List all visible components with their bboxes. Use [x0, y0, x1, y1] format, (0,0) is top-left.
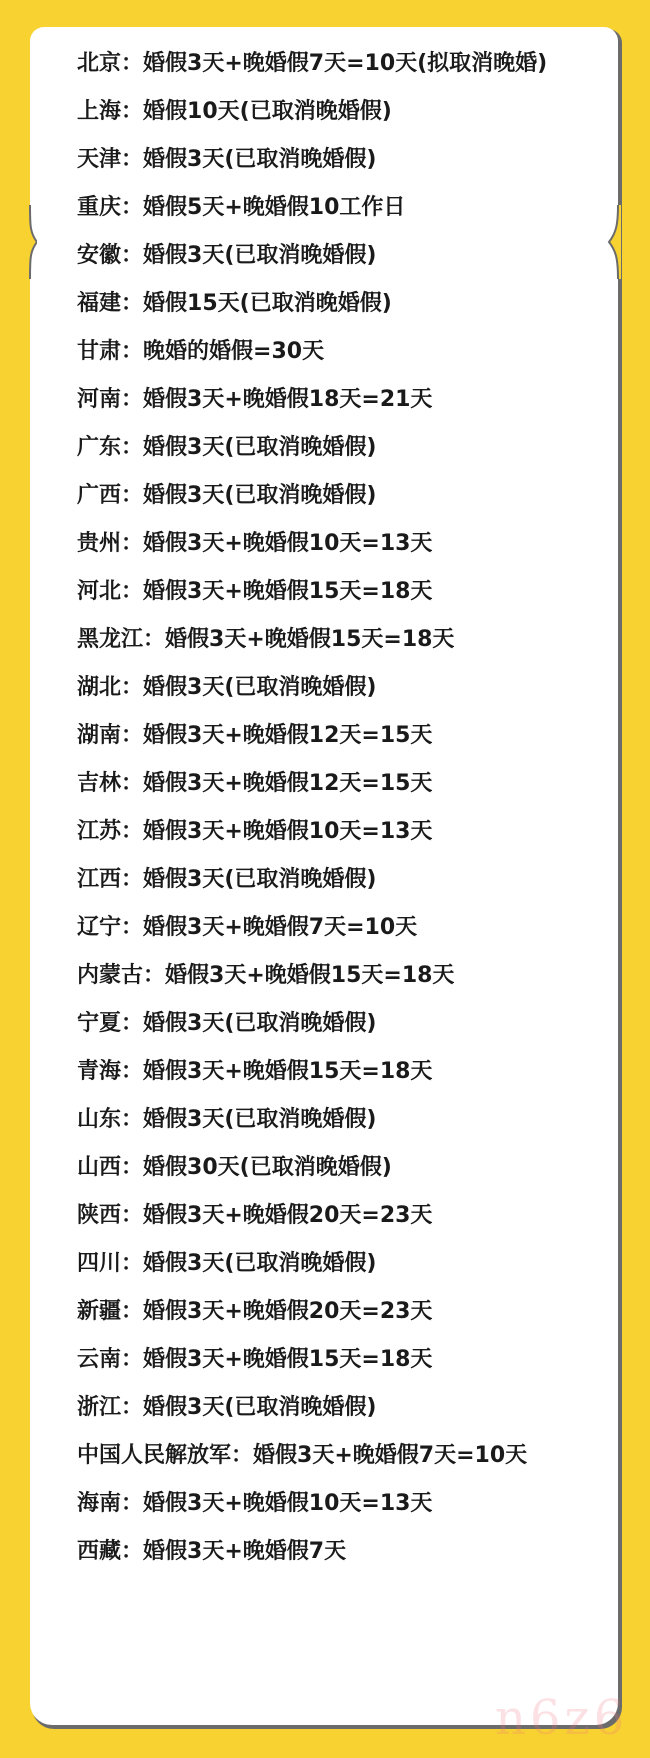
list-item: 北京：婚假3天+晚婚假7天=10天(拟取消晚婚): [77, 40, 602, 88]
policy-text: 婚假3天(已取消晚婚假): [143, 1395, 376, 1420]
separator: ：: [121, 1011, 143, 1036]
list-item: 河北：婚假3天+晚婚假15天=18天: [77, 568, 602, 616]
separator: ：: [121, 243, 143, 268]
separator: ：: [121, 723, 143, 748]
separator: ：: [121, 291, 143, 316]
region-label: 陕西: [77, 1203, 121, 1228]
list-item: 四川：婚假3天(已取消晚婚假): [77, 1240, 602, 1288]
region-label: 江西: [77, 867, 121, 892]
region-label: 新疆: [77, 1299, 121, 1324]
separator: ：: [121, 1347, 143, 1372]
region-label: 海南: [77, 1491, 121, 1516]
list-item: 黑龙江：婚假3天+晚婚假15天=18天: [77, 616, 602, 664]
region-label: 吉林: [77, 771, 121, 796]
policy-text: 婚假3天(已取消晚婚假): [143, 483, 376, 508]
policy-text: 婚假3天+晚婚假10天=13天: [143, 1491, 432, 1516]
separator: ：: [121, 1059, 143, 1084]
region-label: 贵州: [77, 531, 121, 556]
separator: ：: [121, 1395, 143, 1420]
separator: ：: [121, 531, 143, 556]
separator: ：: [121, 915, 143, 940]
separator: ：: [121, 1539, 143, 1564]
separator: ：: [121, 1299, 143, 1324]
region-label: 湖南: [77, 723, 121, 748]
list-item: 内蒙古：婚假3天+晚婚假15天=18天: [77, 952, 602, 1000]
list-item: 中国人民解放军：婚假3天+晚婚假7天=10天: [77, 1432, 602, 1480]
policy-text: 婚假3天+晚婚假10天=13天: [143, 531, 432, 556]
region-label: 中国人民解放军: [77, 1443, 231, 1468]
list-item: 河南：婚假3天+晚婚假18天=21天: [77, 376, 602, 424]
separator: ：: [121, 1203, 143, 1228]
policy-text: 婚假3天(已取消晚婚假): [143, 147, 376, 172]
list-item: 陕西：婚假3天+晚婚假20天=23天: [77, 1192, 602, 1240]
separator: ：: [121, 483, 143, 508]
policy-text: 婚假3天(已取消晚婚假): [143, 675, 376, 700]
region-label: 青海: [77, 1059, 121, 1084]
separator: ：: [121, 195, 143, 220]
card-edge-notch-right: [607, 205, 621, 279]
policy-text: 婚假3天+晚婚假15天=18天: [143, 1059, 432, 1084]
separator: ：: [121, 435, 143, 460]
separator: ：: [121, 1491, 143, 1516]
region-label: 辽宁: [77, 915, 121, 940]
policy-text: 婚假3天+晚婚假7天=10天: [143, 915, 417, 940]
separator: ：: [121, 339, 143, 364]
region-label: 河南: [77, 387, 121, 412]
region-label: 广东: [77, 435, 121, 460]
list-item: 浙江：婚假3天(已取消晚婚假): [77, 1384, 602, 1432]
policy-text: 婚假5天+晚婚假10工作日: [143, 195, 405, 220]
region-label: 湖北: [77, 675, 121, 700]
list-item: 山西：婚假30天(已取消晚婚假): [77, 1144, 602, 1192]
watermark: n6z6: [495, 1690, 628, 1746]
list-item: 青海：婚假3天+晚婚假15天=18天: [77, 1048, 602, 1096]
list-item: 吉林：婚假3天+晚婚假12天=15天: [77, 760, 602, 808]
policy-text: 婚假3天(已取消晚婚假): [143, 1011, 376, 1036]
separator: ：: [121, 147, 143, 172]
separator: ：: [121, 579, 143, 604]
policy-text: 婚假3天+晚婚假20天=23天: [143, 1203, 432, 1228]
policy-text: 晚婚的婚假=30天: [143, 339, 324, 364]
list-item: 西藏：婚假3天+晚婚假7天: [77, 1528, 602, 1576]
policy-text: 婚假3天+晚婚假20天=23天: [143, 1299, 432, 1324]
region-label: 福建: [77, 291, 121, 316]
list-item: 江西：婚假3天(已取消晚婚假): [77, 856, 602, 904]
list-item: 广东：婚假3天(已取消晚婚假): [77, 424, 602, 472]
policy-text: 婚假3天(已取消晚婚假): [143, 1251, 376, 1276]
leave-policy-list: 北京：婚假3天+晚婚假7天=10天(拟取消晚婚) 上海：婚假10天(已取消晚婚假…: [77, 40, 602, 1576]
policy-text: 婚假3天+晚婚假7天=10天: [253, 1443, 527, 1468]
list-item: 湖北：婚假3天(已取消晚婚假): [77, 664, 602, 712]
policy-text: 婚假3天+晚婚假7天: [143, 1539, 346, 1564]
separator: ：: [121, 867, 143, 892]
region-label: 宁夏: [77, 1011, 121, 1036]
separator: ：: [143, 963, 165, 988]
region-label: 江苏: [77, 819, 121, 844]
list-item: 重庆：婚假5天+晚婚假10工作日: [77, 184, 602, 232]
list-item: 广西：婚假3天(已取消晚婚假): [77, 472, 602, 520]
separator: ：: [121, 675, 143, 700]
region-label: 黑龙江: [77, 627, 143, 652]
region-label: 山西: [77, 1155, 121, 1180]
list-item: 江苏：婚假3天+晚婚假10天=13天: [77, 808, 602, 856]
separator: ：: [231, 1443, 253, 1468]
region-label: 上海: [77, 99, 121, 124]
policy-text: 婚假3天+晚婚假15天=18天: [165, 627, 454, 652]
list-item: 天津：婚假3天(已取消晚婚假): [77, 136, 602, 184]
separator: ：: [121, 1155, 143, 1180]
region-label: 重庆: [77, 195, 121, 220]
separator: ：: [121, 387, 143, 412]
region-label: 北京: [77, 51, 121, 76]
list-item: 安徽：婚假3天(已取消晚婚假): [77, 232, 602, 280]
policy-text: 婚假3天(已取消晚婚假): [143, 867, 376, 892]
separator: ：: [143, 627, 165, 652]
policy-text: 婚假3天+晚婚假12天=15天: [143, 771, 432, 796]
policy-text: 婚假10天(已取消晚婚假): [143, 99, 392, 124]
region-label: 安徽: [77, 243, 121, 268]
policy-text: 婚假3天+晚婚假12天=15天: [143, 723, 432, 748]
list-item: 辽宁：婚假3天+晚婚假7天=10天: [77, 904, 602, 952]
region-label: 山东: [77, 1107, 121, 1132]
list-item: 海南：婚假3天+晚婚假10天=13天: [77, 1480, 602, 1528]
separator: ：: [121, 771, 143, 796]
region-label: 四川: [77, 1251, 121, 1276]
list-item: 云南：婚假3天+晚婚假15天=18天: [77, 1336, 602, 1384]
policy-text: 婚假3天+晚婚假15天=18天: [143, 1347, 432, 1372]
list-item: 宁夏：婚假3天(已取消晚婚假): [77, 1000, 602, 1048]
separator: ：: [121, 1251, 143, 1276]
region-label: 浙江: [77, 1395, 121, 1420]
list-item: 新疆：婚假3天+晚婚假20天=23天: [77, 1288, 602, 1336]
region-label: 河北: [77, 579, 121, 604]
policy-text: 婚假3天(已取消晚婚假): [143, 1107, 376, 1132]
policy-text: 婚假3天(已取消晚婚假): [143, 243, 376, 268]
region-label: 甘肃: [77, 339, 121, 364]
list-item: 上海：婚假10天(已取消晚婚假): [77, 88, 602, 136]
region-label: 云南: [77, 1347, 121, 1372]
list-item: 山东：婚假3天(已取消晚婚假): [77, 1096, 602, 1144]
region-label: 内蒙古: [77, 963, 143, 988]
separator: ：: [121, 51, 143, 76]
region-label: 天津: [77, 147, 121, 172]
region-label: 西藏: [77, 1539, 121, 1564]
policy-text: 婚假15天(已取消晚婚假): [143, 291, 392, 316]
list-item: 福建：婚假15天(已取消晚婚假): [77, 280, 602, 328]
list-item: 贵州：婚假3天+晚婚假10天=13天: [77, 520, 602, 568]
policy-text: 婚假3天(已取消晚婚假): [143, 435, 376, 460]
policy-text: 婚假3天+晚婚假10天=13天: [143, 819, 432, 844]
list-item: 湖南：婚假3天+晚婚假12天=15天: [77, 712, 602, 760]
region-label: 广西: [77, 483, 121, 508]
policy-text: 婚假3天+晚婚假7天=10天(拟取消晚婚): [143, 51, 547, 76]
separator: ：: [121, 819, 143, 844]
policy-text: 婚假3天+晚婚假18天=21天: [143, 387, 432, 412]
policy-text: 婚假3天+晚婚假15天=18天: [143, 579, 432, 604]
policy-text: 婚假30天(已取消晚婚假): [143, 1155, 392, 1180]
card-edge-notch-left: [23, 205, 37, 279]
separator: ：: [121, 99, 143, 124]
separator: ：: [121, 1107, 143, 1132]
policy-text: 婚假3天+晚婚假15天=18天: [165, 963, 454, 988]
list-item: 甘肃：晚婚的婚假=30天: [77, 328, 602, 376]
